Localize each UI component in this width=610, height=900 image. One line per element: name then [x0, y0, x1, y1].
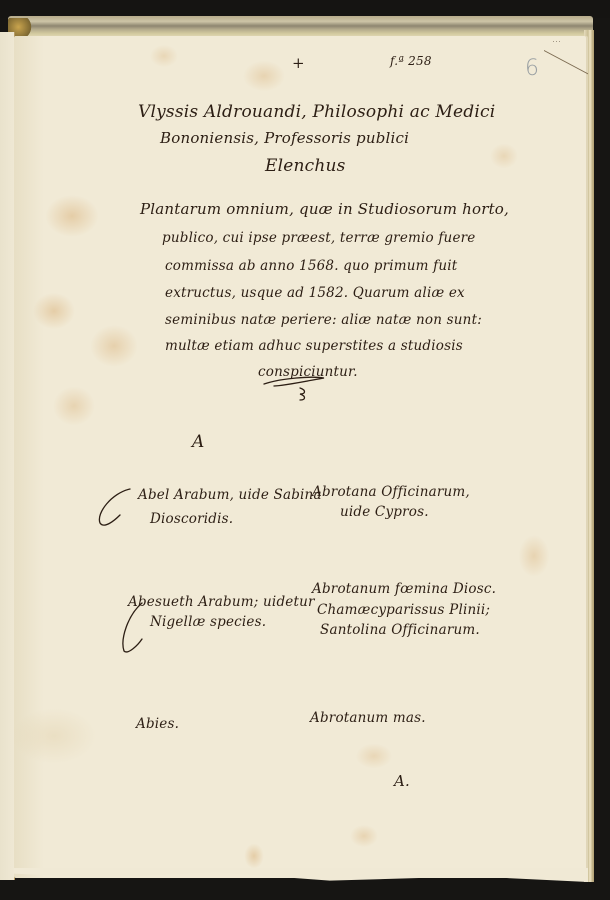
corner-note: ... — [552, 38, 561, 44]
entry-left-1-line-1: Abel Arabum, uide Sabina — [138, 487, 322, 503]
intro-line: Plantarum omnium, quæ in Studiosorum hor… — [140, 200, 509, 218]
entry-right-3: Abrotanum mas. — [310, 710, 426, 726]
folio-number: f.ª 258 — [390, 54, 432, 68]
section-letter: A — [192, 432, 204, 452]
intro-line: seminibus natæ periere: aliæ natæ non su… — [165, 312, 482, 328]
flourish-ornament — [262, 372, 342, 402]
manuscript-scan: ... + f.ª 258 6 Vlyssis Aldrouandi, Phil… — [0, 0, 610, 900]
title-line-1: Vlyssis Aldrouandi, Philosophi ac Medici — [138, 102, 495, 122]
entry-right-2-line-2: Chamæcyparissus Plinii; — [317, 602, 490, 618]
entry-left-3: Abies. — [136, 716, 179, 732]
intro-line: multæ etiam adhuc superstites a studiosi… — [165, 338, 463, 354]
book-top-edge — [8, 16, 593, 38]
title-elenchus: Elenchus — [265, 156, 346, 176]
entry-left-1-line-2: Dioscoridis. — [150, 511, 233, 527]
pencil-page-number: 6 — [525, 56, 539, 81]
entry-left-2-line-1: Abesueth Arabum; uidetur — [128, 594, 315, 610]
page-bottom-edge — [14, 868, 588, 882]
entry-right-2-line-1: Abrotanum fœmina Diosc. — [312, 581, 496, 597]
top-cross: + — [292, 54, 305, 72]
entry-right-2-line-3: Santolina Officinarum. — [320, 622, 480, 638]
entry-left-2-line-2: Nigellæ species. — [150, 614, 266, 630]
title-line-2: Bononiensis, Professoris publici — [160, 129, 409, 147]
intro-line: commissa ab anno 1568. quo primum fuit — [165, 258, 457, 274]
intro-line: extructus, usque ad 1582. Quarum aliæ ex — [165, 285, 465, 301]
entry-right-1-line-1: Abrotana Officinarum, — [312, 484, 470, 500]
previous-page-edge — [0, 32, 15, 880]
intro-line: publico, cui ipse præest, terræ gremio f… — [162, 230, 475, 246]
entry-right-1-line-2: uide Cypros. — [340, 504, 429, 520]
catchword: A. — [394, 772, 410, 790]
initial-flourish — [94, 485, 134, 530]
